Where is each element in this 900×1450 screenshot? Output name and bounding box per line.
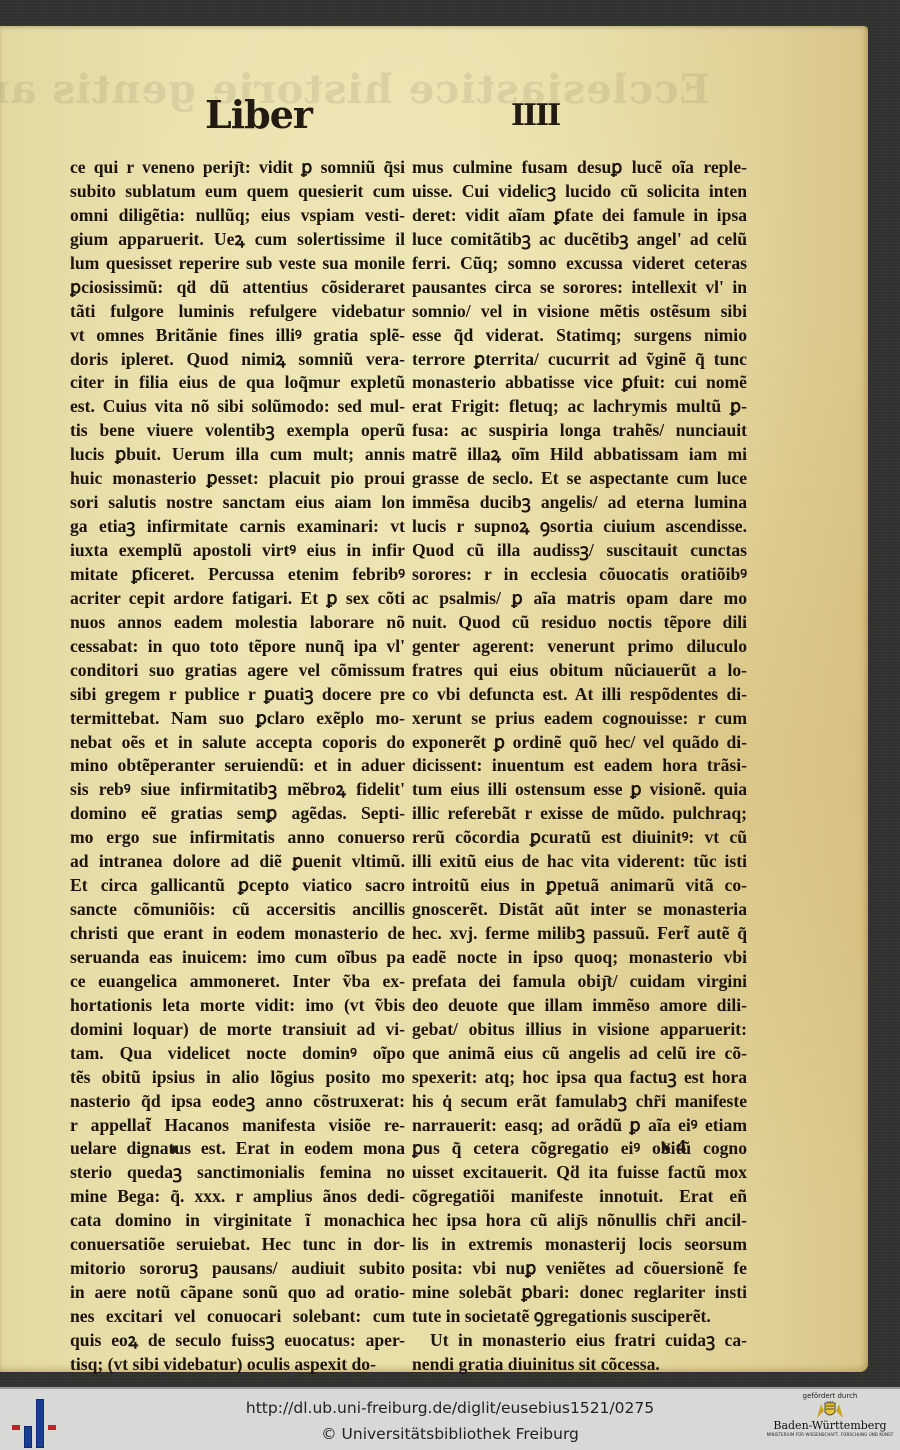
text-line: tẽs obitũ ipsius in alio lõgius posito m…: [70, 1066, 405, 1090]
text-line: spexerit: atq; hoc ipsa qua factuꝫ est h…: [412, 1066, 747, 1090]
text-line: tãti fulgore luminis refulgere videbatur: [70, 300, 405, 324]
text-line: uelare dignatus est. Erat in eodem mona: [70, 1137, 405, 1161]
text-line: Ut in monasterio eius fratri cuidaꝫ ca-: [412, 1329, 747, 1353]
text-line: cessabat: in quo toto tẽpore nunq̃ ipa v…: [70, 635, 405, 659]
text-line: uisse. Cui videlicꝫ lucido cũ solicita i…: [412, 180, 747, 204]
text-line: domini loquar) de morte transiuit ad vi-: [70, 1018, 405, 1042]
text-line: sibi gregem r publice r ꝑuatiꝫ docere pr…: [70, 683, 405, 707]
coat-of-arms-icon: [815, 1401, 845, 1419]
text-line: hec. xvj. ferme milibꝫ passuũ. Fert̃ aut…: [412, 922, 747, 946]
text-line: rerũ cõcordia ꝑcuratũ est diuinitꝰ: vt c…: [412, 826, 747, 850]
text-line: doris ipleret. Quod nimiꝝ somniũ vera-: [70, 348, 405, 372]
text-line: erat Frigit: fletuq; ac lachrymis multũ …: [412, 395, 747, 419]
text-line: domino eẽ gratias semꝑ agẽdas. Septi-: [70, 802, 405, 826]
text-line: monasterio abbatisse vice ꝑfuit: cui nom…: [412, 371, 747, 395]
text-line: ꝑus q̃ cetera cõgregatio eiꝰ obitũ cogno: [412, 1137, 747, 1161]
text-line: in aere notũ cãpane sonũ quo ad oratio-: [70, 1281, 405, 1305]
text-line: deo deuote que illam immẽso amore dili-: [412, 994, 747, 1018]
text-line: sori salutis nostre sanctam eius aiam lo…: [70, 491, 405, 515]
right-text-column: mus culmine fusam desuꝑ lucẽ oĩa reple-u…: [412, 156, 747, 1377]
left-text-column: ce qui r veneno periȷ̄t: vidit ꝑ somniũ …: [70, 156, 405, 1377]
text-line: nuos annos eadem molestia laborare nõ: [70, 611, 405, 635]
text-line: mitorio sororuꝫ pausans/ audiuit subito: [70, 1257, 405, 1281]
ink-mark: [172, 1146, 176, 1153]
text-line: iuxta exemplũ apostoli virtꝰ eius in inf…: [70, 539, 405, 563]
text-line: lum quesisset reperire sub veste sua mon…: [70, 252, 405, 276]
text-line: fratres qui eius obitum nũciauerũt a lo-: [412, 659, 747, 683]
text-line: illic referebãt r exisse de mũdo. pulchr…: [412, 802, 747, 826]
text-line: nebat oẽs et in salute accepta coporis d…: [70, 731, 405, 755]
text-line: christi que erant in eodem monasterio de: [70, 922, 405, 946]
text-line: ce euangelica ammoneret. Inter ṽba ex-: [70, 970, 405, 994]
text-line: quis eoꝝ de seculo fuissꝫ euocatus: aper…: [70, 1329, 405, 1353]
text-line: introitũ eius in ꝑpetuã animarũ vitã co-: [412, 874, 747, 898]
text-line: mus culmine fusam desuꝑ lucẽ oĩa reple-: [412, 156, 747, 180]
text-line: mino obtẽperanter seruiendũ: et in aduer: [70, 754, 405, 778]
running-head: Liber IIII: [205, 92, 605, 142]
sponsor-state: Baden-Württemberg: [760, 1419, 900, 1432]
text-line: hortationis leta morte vidit: imo (vt ṽb…: [70, 994, 405, 1018]
text-line: huic monasterio ꝑesset: placuit pio prou…: [70, 467, 405, 491]
text-line: immẽsa ducibꝫ angelis/ ad eterna lumina: [412, 491, 747, 515]
text-line: tum eius illi ostensum esse ꝑ visionẽ. q…: [412, 778, 747, 802]
text-line: sis rebꝰ siue infirmitatibꝫ mẽbroꝝ fidel…: [70, 778, 405, 802]
text-line: gnoscerẽt. Distãt aũt inter se monasteri…: [412, 898, 747, 922]
text-line: luce comitãtibꝫ ac ducẽtibꝫ angel' ad ce…: [412, 228, 747, 252]
text-line: prefata dei famula obiȷ̄t/ cuidam virgin…: [412, 970, 747, 994]
text-line: sorores: r in ecclesia cõuocatis oratiõi…: [412, 563, 747, 587]
text-line: xerunt se prius eadem cognouisse: r cum: [412, 707, 747, 731]
text-line: conditori suo gratias agere vel cõmissum: [70, 659, 405, 683]
text-line: est. Cuius vita nõ sibi solũmodo: sed mu…: [70, 395, 405, 419]
text-line: matrẽ illaꝝ oĩm Hild abbatissam iam mi: [412, 443, 747, 467]
text-line: his q̇ secum erãt famulabꝫ chr̃i manifes…: [412, 1090, 747, 1114]
text-line: grasse de seclo. Et se aspectante cum lu…: [412, 467, 747, 491]
text-line: lis in extremis monasterij locis seorsum: [412, 1233, 747, 1257]
text-line: gium apparuerit. Ueꝝ cum solertissime il: [70, 228, 405, 252]
text-line: citer in filia eius de qua loq̃mur exple…: [70, 371, 405, 395]
text-line: Quod cũ illa audissꝫ/ suscitauit cunctas: [412, 539, 747, 563]
book-number: IIII: [511, 98, 559, 133]
text-line: nes excitari vel conuocari solebant: cum: [70, 1305, 405, 1329]
text-line: pausantes circa se sorores: intellexit v…: [412, 276, 747, 300]
text-line: ac psalmis/ ꝑ aĩa matris opam dare mo: [412, 587, 747, 611]
text-line: que animã eius cũ angelis ad celũ ire cõ…: [412, 1042, 747, 1066]
text-line: sancte cõmuniõis: cũ accersitis ancillis: [70, 898, 405, 922]
text-line: ꝑciosissimũ: qḋ dũ attentius cõsideraret: [70, 276, 405, 300]
text-line: termittebat. Nam suo ꝑclaro exẽplo mo-: [70, 707, 405, 731]
text-line: mo ergo sue infirmitatis anno conuerso: [70, 826, 405, 850]
text-line: ga etiaꝫ infirmitate carnis examinari: v…: [70, 515, 405, 539]
text-line: ad intranea dolore ad diẽ ꝑuenit vltimũ.: [70, 850, 405, 874]
sponsor-ministry: MINISTERIUM FÜR WISSENSCHAFT, FORSCHUNG …: [760, 1432, 900, 1437]
text-line: subito sublatum eum quem quesierit cum: [70, 180, 405, 204]
text-line: narrauerit: easq; ad orãdũ ꝑ aĩa eiꝰ eti…: [412, 1114, 747, 1138]
text-line: acriter cepit ardore fatigari. Et ꝑ sex …: [70, 587, 405, 611]
text-line: genter agerent: venerunt primo diluculo: [412, 635, 747, 659]
text-line: terrore ꝑterrita/ cucurrit ad ṽginẽ q̃ t…: [412, 348, 747, 372]
text-line: Et circa gallicantũ ꝑcepto viatico sacro: [70, 874, 405, 898]
text-line: co vbi defuncta est. At illi respõdentes…: [412, 683, 747, 707]
text-line: mine Bega: q̃. xxx. r amplius ãnos dedi-: [70, 1185, 405, 1209]
text-line: esse q̃d viderat. Statimq; surgens nimio: [412, 324, 747, 348]
text-line: hec ipsa hora cũ aliȷ̄s nõnullis chr̃i a…: [412, 1209, 747, 1233]
viewer-footer: http://dl.ub.uni-freiburg.de/diglit/euse…: [0, 1387, 900, 1450]
text-line: sterio quedaꝫ sanctimonialis femina no: [70, 1161, 405, 1185]
text-line: seruanda eas inuicem: imo cum oĩbus pa: [70, 946, 405, 970]
text-line: dicissent: inuentum est eadem hora trãsi…: [412, 754, 747, 778]
text-line: eadẽ nocte in ipso quoq; monasterio vbi: [412, 946, 747, 970]
sponsor-label: gefördert durch: [760, 1392, 900, 1400]
running-head-title: Liber: [205, 92, 312, 137]
sponsor-block: gefördert durch Baden-Württemberg MINIST…: [760, 1391, 900, 1450]
text-line: nasterio q̃d ipsa eodeꝫ anno cõstruxerat…: [70, 1090, 405, 1114]
text-line: somnio/ vel in visione mẽtis ostẽsum sib…: [412, 300, 747, 324]
book-page: Ecclesiastice historie gentis anglorum L…: [0, 26, 868, 1372]
text-line: r appellat̃ Hacanos manifesta visiõe re-: [70, 1114, 405, 1138]
text-line: uisset excitauerit. Qḋ ita fuisse factũ …: [412, 1161, 747, 1185]
text-line: lucis r supnoꝝ ꝯsortia ciuium ascendisse…: [412, 515, 747, 539]
text-line: fusa: ac suspiria longa trahẽs/ nunciaui…: [412, 419, 747, 443]
text-line: mitate ꝑficeret. Percussa etenim febribꝰ: [70, 563, 405, 587]
text-line: tute in societatẽ ꝯgregationis susciperẽ…: [412, 1305, 747, 1329]
text-line: ferri. Cũq; somno excussa videret cetera…: [412, 252, 747, 276]
text-line: nuit. Quod cũ residuo noctis tẽpore dili: [412, 611, 747, 635]
text-line: ce qui r veneno periȷ̄t: vidit ꝑ somniũ …: [70, 156, 405, 180]
text-line: tisq; (vt sibi videbatur) oculis aspexit…: [70, 1353, 405, 1377]
text-line: tis bene viuere volentibꝫ exempla operũ: [70, 419, 405, 443]
text-line: conuersatiõe seruiebat. Hec tunc in dor-: [70, 1233, 405, 1257]
text-line: posita: vbi nuꝑ veniẽtes ad cõuersionẽ f…: [412, 1257, 747, 1281]
signature-mark: x 4: [661, 1136, 686, 1159]
text-line: mine solebãt ꝑbari: donec reglariter ins…: [412, 1281, 747, 1305]
text-line: nendi gratia diuinitus sit cõcessa.: [412, 1353, 747, 1377]
text-line: deret: vidit aĩam ꝑfate dei famule in ip…: [412, 204, 747, 228]
text-line: illi exitũ eius de hac vita viderent: tũ…: [412, 850, 747, 874]
text-line: cata domino in virginitate ĩ monachica: [70, 1209, 405, 1233]
text-line: gebat/ obitus illius in visione apparuer…: [412, 1018, 747, 1042]
text-line: tam. Qua videlicet nocte dominꝰ oĩpo: [70, 1042, 405, 1066]
text-line: lucis ꝑbuit. Uerum illa cum mult; annis: [70, 443, 405, 467]
text-line: exponerẽt ꝑ ordinẽ quõ hec/ vel quãdo di…: [412, 731, 747, 755]
text-line: vt omnes Britãnie fines illiꝰ gratia spl…: [70, 324, 405, 348]
text-line: cõgregatiõi manifeste innotuit. Erat eñ: [412, 1185, 747, 1209]
text-line: omni diligẽtia: nullũq; eius vspiam vest…: [70, 204, 405, 228]
